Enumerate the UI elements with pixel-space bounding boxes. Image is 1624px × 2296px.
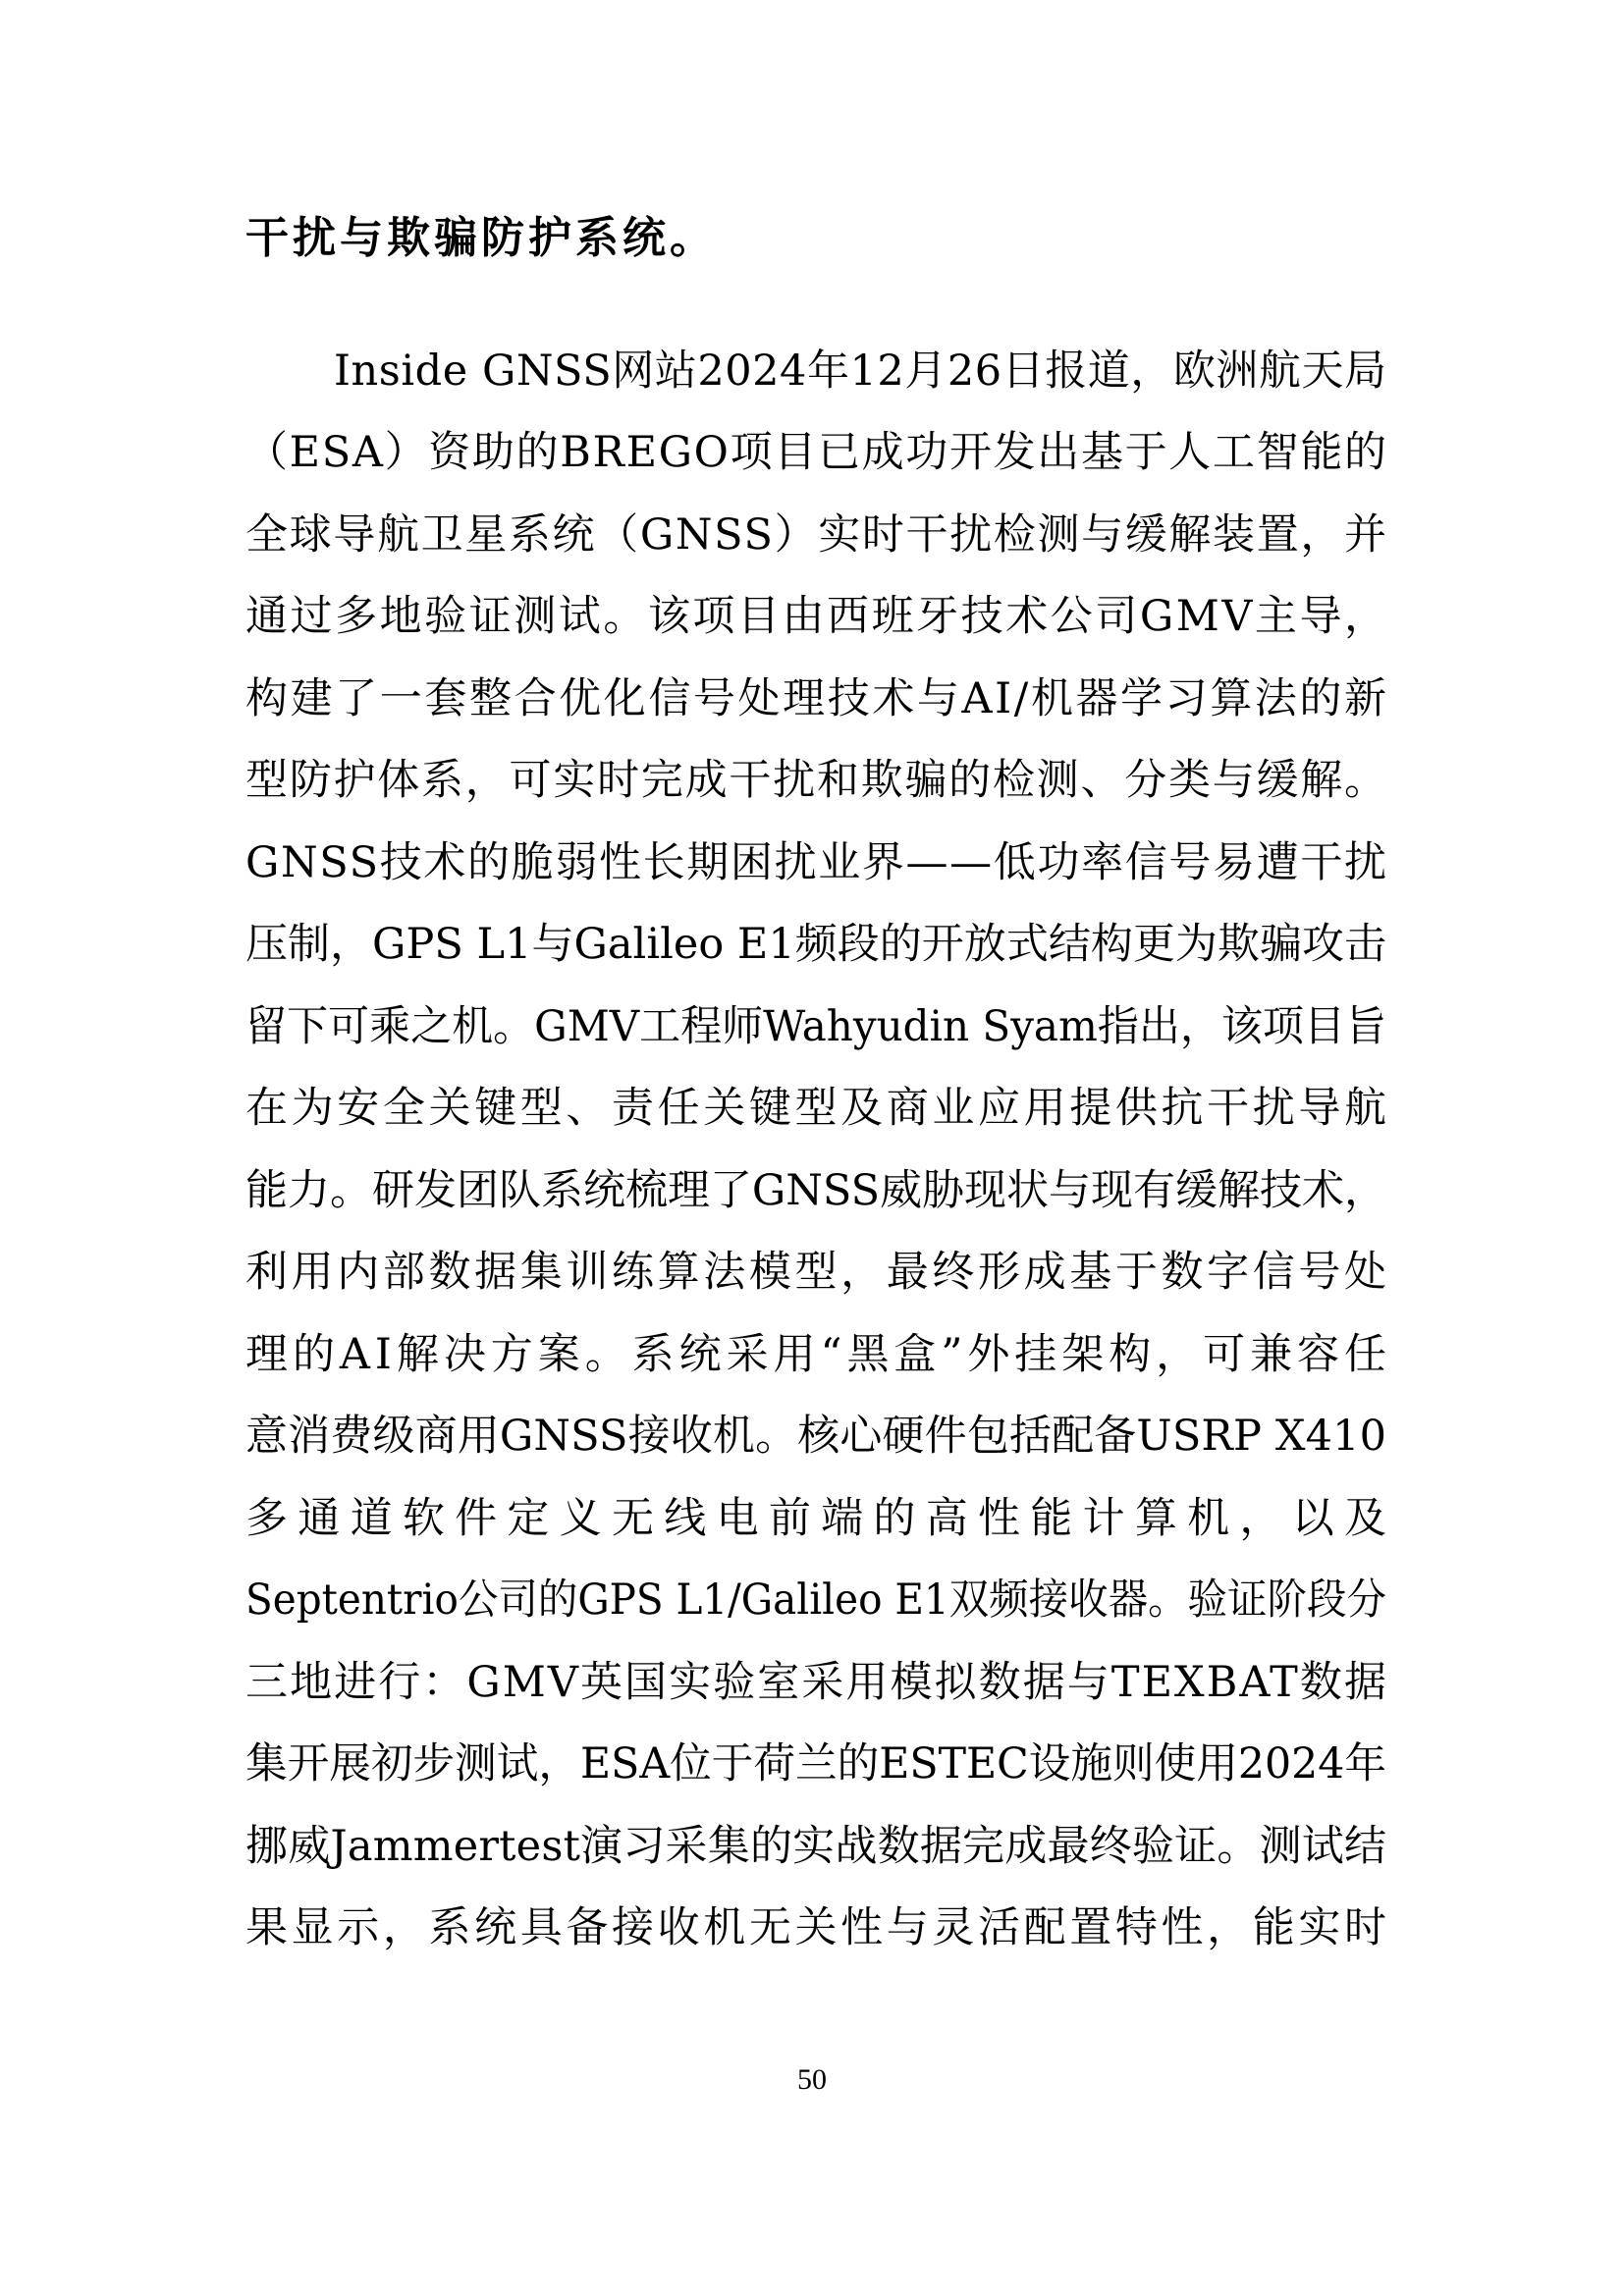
text-line: 三地进行：GMV英国实验室采用模拟数据与TEXBAT数据 (245, 1641, 1386, 1724)
text-line: 集开展初步测试，ESA位于荷兰的ESTEC设施则使用2024年 (245, 1724, 1386, 1806)
text-line-content: （ESA）资助的BREGO项目已成功开发出基于人工智能的 (245, 422, 1388, 483)
text-line-content: 理的AI解决方案。系统采用“黑盒”外挂架构，可兼容任 (245, 1324, 1391, 1385)
section-heading: 干扰与欺骗防护系统。 (245, 208, 717, 269)
text-line-content: 多通道软件定义无线电前端的高性能计算机，以及 (245, 1488, 1396, 1549)
text-line: 型防护体系，可实时完成干扰和欺骗的检测、分类与缓解。 (245, 740, 1386, 823)
text-line: 在为安全关键型、责任关键型及商业应用提供抗干扰导航 (245, 1068, 1386, 1150)
text-line-content: Septentrio公司的GPS L1/Galileo E1双频接收器。验证阶段… (245, 1570, 1386, 1630)
body-paragraph: Inside GNSS网站2024年12月26日报道，欧洲航天局 （ESA）资助… (245, 330, 1386, 1969)
text-line: 留下可乘之机。GMV工程师Wahyudin Syam指出，该项目旨 (245, 986, 1386, 1068)
text-line: （ESA）资助的BREGO项目已成功开发出基于人工智能的 (245, 412, 1386, 495)
text-line-content: 在为安全关键型、责任关键型及商业应用提供抗干扰导航 (245, 1078, 1390, 1139)
text-line: 压制，GPS L1与Galileo E1频段的开放式结构更为欺骗攻击 (245, 904, 1386, 987)
text-line-content: 利用内部数据集训练算法模型，最终形成基于数字信号处 (245, 1242, 1390, 1303)
text-line-content: 三地进行：GMV英国实验室采用模拟数据与TEXBAT数据 (245, 1652, 1388, 1713)
text-line: 挪威Jammertest演习采集的实战数据完成最终验证。测试结 (245, 1805, 1386, 1888)
text-line-content: 通过多地验证测试。该项目由西班牙技术公司GMV主导， (245, 586, 1389, 647)
document-page: 干扰与欺骗防护系统。 Inside GNSS网站2024年12月26日报道，欧洲… (0, 0, 1624, 2296)
text-line-content: 全球导航卫星系统（GNSS）实时干扰检测与缓解装置，并 (245, 505, 1388, 565)
text-line-content: Inside GNSS网站2024年12月26日报道，欧洲航天局 (334, 341, 1387, 401)
text-line: 利用内部数据集训练算法模型，最终形成基于数字信号处 (245, 1232, 1386, 1314)
text-line: Septentrio公司的GPS L1/Galileo E1双频接收器。验证阶段… (245, 1560, 1386, 1642)
text-line: 理的AI解决方案。系统采用“黑盒”外挂架构，可兼容任 (245, 1313, 1386, 1396)
text-line: Inside GNSS网站2024年12月26日报道，欧洲航天局 (245, 330, 1386, 412)
text-line: 构建了一套整合优化信号处理技术与AI/机器学习算法的新 (245, 658, 1386, 740)
text-line-content: 挪威Jammertest演习采集的实战数据完成最终验证。测试结 (245, 1816, 1386, 1877)
text-line: 通过多地验证测试。该项目由西班牙技术公司GMV主导， (245, 576, 1386, 659)
text-line: GNSS技术的脆弱性长期困扰业界——低功率信号易遭干扰 (245, 822, 1386, 904)
text-line-content: 留下可乘之机。GMV工程师Wahyudin Syam指出，该项目旨 (245, 996, 1386, 1057)
text-line-content: GNSS技术的脆弱性长期困扰业界——低功率信号易遭干扰 (245, 832, 1388, 893)
text-line: 果显示，系统具备接收机无关性与灵活配置特性，能实时 (245, 1888, 1386, 1970)
text-line-content: 意消费级商用GNSS接收机。核心硬件包括配备USRP X410 (245, 1406, 1386, 1467)
text-line-content: 型防护体系，可实时完成干扰和欺骗的检测、分类与缓解。 (245, 750, 1388, 811)
page-number: 50 (0, 2063, 1624, 2097)
text-line-content: 能力。研发团队系统梳理了GNSS威胁现状与现有缓解技术， (245, 1160, 1386, 1221)
text-line: 意消费级商用GNSS接收机。核心硬件包括配备USRP X410 (245, 1396, 1386, 1478)
text-line: 多通道软件定义无线电前端的高性能计算机，以及 (245, 1477, 1386, 1560)
text-line-content: 果显示，系统具备接收机无关性与灵活配置特性，能实时 (245, 1897, 1390, 1958)
text-line-content: 集开展初步测试，ESA位于荷兰的ESTEC设施则使用2024年 (245, 1734, 1386, 1794)
text-line: 全球导航卫星系统（GNSS）实时干扰检测与缓解装置，并 (245, 494, 1386, 576)
text-line: 能力。研发团队系统梳理了GNSS威胁现状与现有缓解技术， (245, 1149, 1386, 1232)
text-line-content: 压制，GPS L1与Galileo E1频段的开放式结构更为欺骗攻击 (245, 914, 1386, 975)
text-line-content: 构建了一套整合优化信号处理技术与AI/机器学习算法的新 (245, 668, 1389, 729)
